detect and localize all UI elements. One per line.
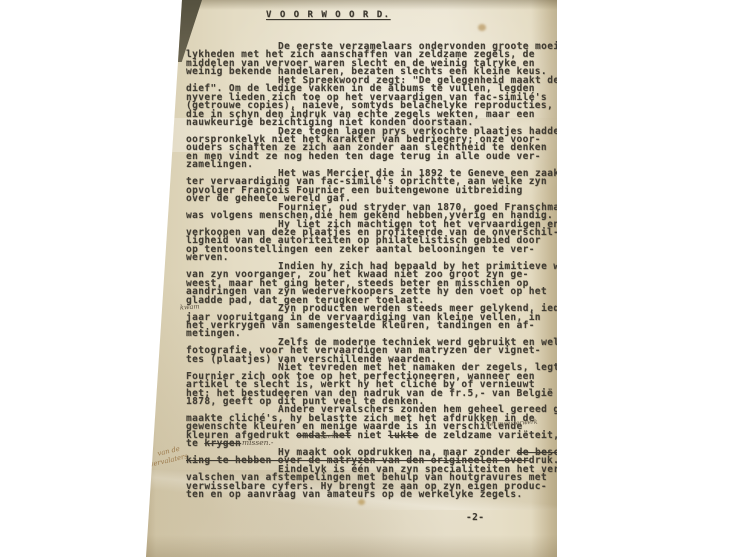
- typed-text: werven.: [186, 252, 229, 263]
- typed-text: zamelingen.: [186, 159, 253, 170]
- typed-page: V O O R W O O R D. De eerste verzamelaar…: [186, 0, 558, 557]
- typed-line: ten en op aanvraag van amateurs op de we…: [186, 491, 558, 499]
- typed-text: ten en op aanvraag van amateurs op de we…: [186, 489, 523, 500]
- handwritten-insert-missen: missen.-: [242, 438, 273, 447]
- page-number: -2-: [466, 512, 484, 523]
- typed-line: op tentoonstellingen een zeker aantal be…: [186, 246, 558, 254]
- typed-line: het verkrygen van samengestelde kleuren,…: [186, 322, 558, 330]
- handwritten-insert-teneinde: teneinde: [318, 433, 345, 441]
- typed-text: de zeldzame variëteit,: [419, 430, 560, 441]
- typed-text: niet: [351, 430, 388, 441]
- typed-text: op tentoonstellingen een zeker aantal be…: [186, 244, 535, 255]
- typed-text: metingen.: [186, 328, 241, 339]
- struck-text: krygen: [204, 438, 241, 449]
- document-photo: van de vervalaters V O O R W O O R D. De…: [146, 0, 557, 557]
- typed-body: De eerste verzamelaars ondervonden groot…: [186, 43, 558, 499]
- handwritten-insert-above-jaar: kwam: [180, 302, 200, 311]
- page-title: V O O R W O O R D.: [266, 10, 391, 20]
- typed-text: te: [186, 438, 204, 449]
- struck-text: lukte: [388, 430, 419, 441]
